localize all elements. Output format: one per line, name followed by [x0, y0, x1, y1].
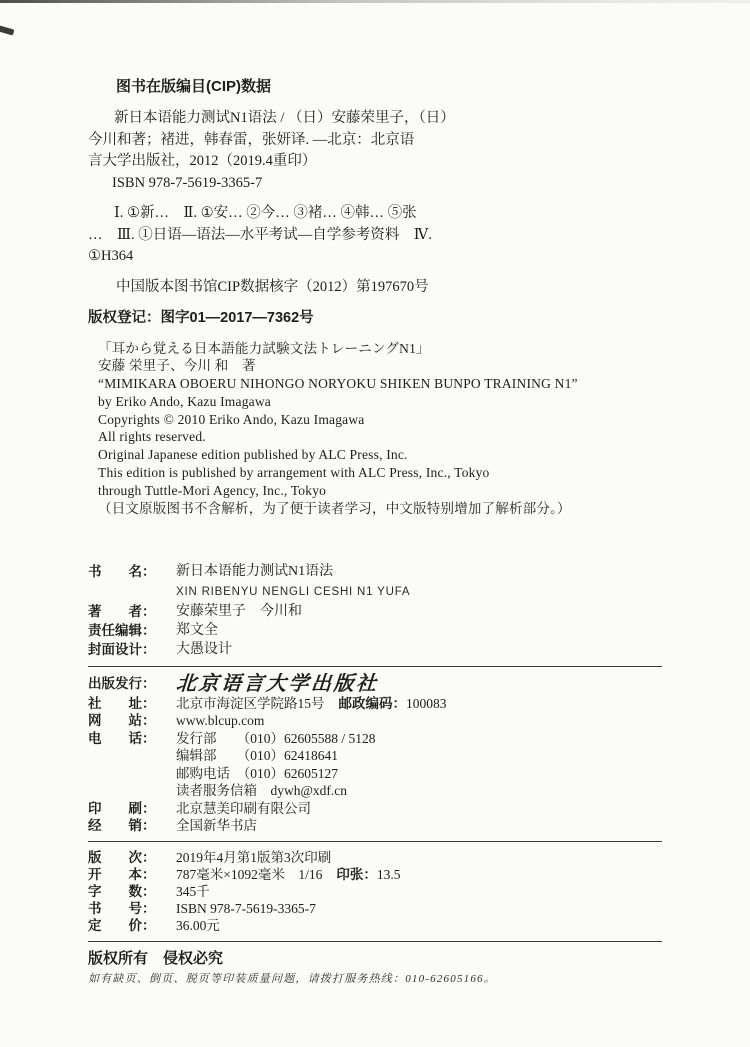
reader-service-row: 读者服务信箱 dywh@xdf.cn [88, 782, 662, 800]
website-row: 网 站： www.blcup.com [88, 712, 662, 730]
book-title-row: 书 名： 新日本语能力测试N1语法 [88, 562, 662, 581]
telephone-mailorder: 邮购电话 （010）62605127 [176, 765, 662, 783]
address-label: 社 址： [88, 695, 176, 713]
address-value: 北京市海淀区学院路15号邮政编码：100083 [176, 695, 662, 713]
editor-row: 责任编辑： 郑文全 [88, 621, 662, 640]
original-edition-line: （日文原版图书不含解析，为了便于读者学习，中文版特别增加了解析部分。） [98, 500, 662, 518]
edition-section: 版 次： 2019年4月第1版第3次印刷 开 本： 787毫米×1092毫米 1… [88, 849, 662, 934]
editor-value: 郑文全 [176, 621, 662, 640]
original-edition-line: Copyrights © 2010 Eriko Ando, Kazu Imaga… [98, 411, 662, 429]
original-edition-block: 「耳から覚える日本語能力試験文法トレーニングN1」 安藤 栄里子、今川 和 著 … [98, 340, 662, 518]
telephone-row: 电 话： 发行部 （010）62605588 / 5128 [88, 730, 662, 748]
price-row: 定 价： 36.00元 [88, 917, 662, 934]
book-info-section: 书 名： 新日本语能力测试N1语法 XIN RIBENYU NENGLI CES… [88, 562, 662, 659]
cover-design-row: 封面设计： 大愚设计 [88, 640, 662, 659]
copyright-notice: 版权所有 侵权必究 [88, 949, 662, 968]
divider-rule [88, 841, 662, 842]
cip-heading: 图书在版编目(CIP)数据 [116, 76, 662, 97]
telephone-distribution: 发行部 （010）62605588 / 5128 [176, 730, 662, 748]
cip-class-line: Ⅰ. ①新… Ⅱ. ①安… ②今… ③褚… ④韩… ⑤张 [88, 203, 662, 225]
cip-record-block: 新日本语能力测试N1语法 / （日）安藤荣里子，（日） 今川和著；褚进，韩春雷，… [88, 108, 662, 194]
original-edition-line: Original Japanese edition published by A… [98, 446, 662, 464]
cover-design-label: 封面设计： [88, 640, 176, 659]
format-label: 开 本： [88, 866, 176, 883]
isbn-row: 书 号： ISBN 978-7-5619-3365-7 [88, 900, 662, 917]
cip-class-line: … Ⅲ. ①日语—语法—水平考试—自学参考资料 Ⅳ. [88, 225, 662, 247]
isbn-label: 书 号： [88, 900, 176, 917]
price-label: 定 价： [88, 917, 176, 934]
publisher-label: 出版发行： [88, 675, 176, 695]
copyright-registration-number: 版权登记：图字01—2017—7362号 [88, 308, 662, 329]
publisher-section: 出版发行： 北京语言大学出版社 社 址： 北京市海淀区学院路15号邮政编码：10… [88, 675, 662, 835]
book-title-label: 书 名： [88, 562, 176, 581]
postcode-value: 100083 [406, 696, 447, 711]
distributor-label: 经 销： [88, 817, 176, 835]
address-text: 北京市海淀区学院路15号 [176, 696, 325, 711]
printer-value: 北京慧美印刷有限公司 [176, 800, 662, 818]
author-label: 著 者： [88, 602, 176, 621]
website-value: www.blcup.com [176, 712, 662, 730]
publisher-row: 出版发行： 北京语言大学出版社 [88, 675, 662, 695]
telephone-editorial: 编辑部 （010）62418641 [176, 747, 662, 765]
distributor-row: 经 销： 全国新华书店 [88, 817, 662, 835]
edition-value: 2019年4月第1版第3次印刷 [176, 849, 662, 866]
copyright-page: 图书在版编目(CIP)数据 新日本语能力测试N1语法 / （日）安藤荣里子，（日… [0, 0, 750, 986]
reader-service-email: 读者服务信箱 dywh@xdf.cn [176, 782, 662, 800]
distributor-value: 全国新华书店 [176, 817, 662, 835]
author-row: 著 者： 安藤荣里子 今川和 [88, 602, 662, 621]
original-edition-line: “MIMIKARA OBOERU NIHONGO NORYOKU SHIKEN … [98, 375, 662, 393]
original-edition-line: by Eriko Ando, Kazu Imagawa [98, 393, 662, 411]
cip-classification-block: Ⅰ. ①新… Ⅱ. ①安… ②今… ③褚… ④韩… ⑤张 … Ⅲ. ①日语—语法… [88, 203, 662, 268]
wordcount-label: 字 数： [88, 883, 176, 900]
publisher-logotype: 北京语言大学出版社 [175, 675, 379, 693]
service-hotline-notice: 如有缺页、倒页、脱页等印装质量问题，请拨打服务热线：010-62605166。 [88, 972, 662, 986]
divider-rule [88, 941, 662, 942]
cip-class-line: ①H364 [88, 246, 662, 268]
wordcount-row: 字 数： 345千 [88, 883, 662, 900]
original-edition-line: 「耳から覚える日本語能力試験文法トレーニングN1」 [98, 340, 662, 358]
printer-label: 印 刷： [88, 800, 176, 818]
book-title-pinyin-row: XIN RIBENYU NENGLI CESHI N1 YUFA [176, 581, 662, 602]
telephone-label: 电 话： [88, 730, 176, 748]
website-label: 网 站： [88, 712, 176, 730]
telephone-row: 邮购电话 （010）62605127 [88, 765, 662, 783]
address-row: 社 址： 北京市海淀区学院路15号邮政编码：100083 [88, 695, 662, 713]
isbn-value: ISBN 978-7-5619-3365-7 [176, 900, 662, 917]
telephone-row: 编辑部 （010）62418641 [88, 747, 662, 765]
original-edition-line: This edition is published by arrangement… [98, 464, 662, 482]
sheets-label: 印张： [336, 867, 377, 882]
cip-record-line: 新日本语能力测试N1语法 / （日）安藤荣里子，（日） [88, 108, 662, 130]
cip-record-line: 言大学出版社，2012（2019.4重印） [88, 151, 662, 173]
cip-verification-number: 中国版本图书馆CIP数据核字（2012）第197670号 [116, 277, 662, 298]
printer-row: 印 刷： 北京慧美印刷有限公司 [88, 800, 662, 818]
cip-record-line: 今川和著；褚进，韩春雷，张妍译. —北京：北京语 [88, 130, 662, 152]
edition-row: 版 次： 2019年4月第1版第3次印刷 [88, 849, 662, 866]
format-value: 787毫米×1092毫米 1/16印张：13.5 [176, 866, 662, 883]
author-value: 安藤荣里子 今川和 [176, 602, 662, 621]
original-edition-line: through Tuttle-Mori Agency, Inc., Tokyo [98, 482, 662, 500]
edition-label: 版 次： [88, 849, 176, 866]
cover-design-value: 大愚设计 [176, 640, 662, 659]
format-text: 787毫米×1092毫米 1/16 [176, 867, 322, 882]
original-edition-line: 安藤 栄里子、今川 和 著 [98, 357, 662, 375]
original-edition-line: All rights reserved. [98, 428, 662, 446]
book-title-pinyin: XIN RIBENYU NENGLI CESHI N1 YUFA [176, 586, 410, 598]
divider-rule [88, 666, 662, 667]
format-row: 开 本： 787毫米×1092毫米 1/16印张：13.5 [88, 866, 662, 883]
book-title-value: 新日本语能力测试N1语法 [176, 562, 662, 581]
postcode-label: 邮政编码： [339, 696, 407, 711]
sheets-value: 13.5 [377, 867, 401, 882]
wordcount-value: 345千 [176, 883, 662, 900]
editor-label: 责任编辑： [88, 621, 176, 640]
cip-isbn-line: ISBN 978-7-5619-3365-7 [88, 173, 662, 195]
price-value: 36.00元 [176, 917, 662, 934]
